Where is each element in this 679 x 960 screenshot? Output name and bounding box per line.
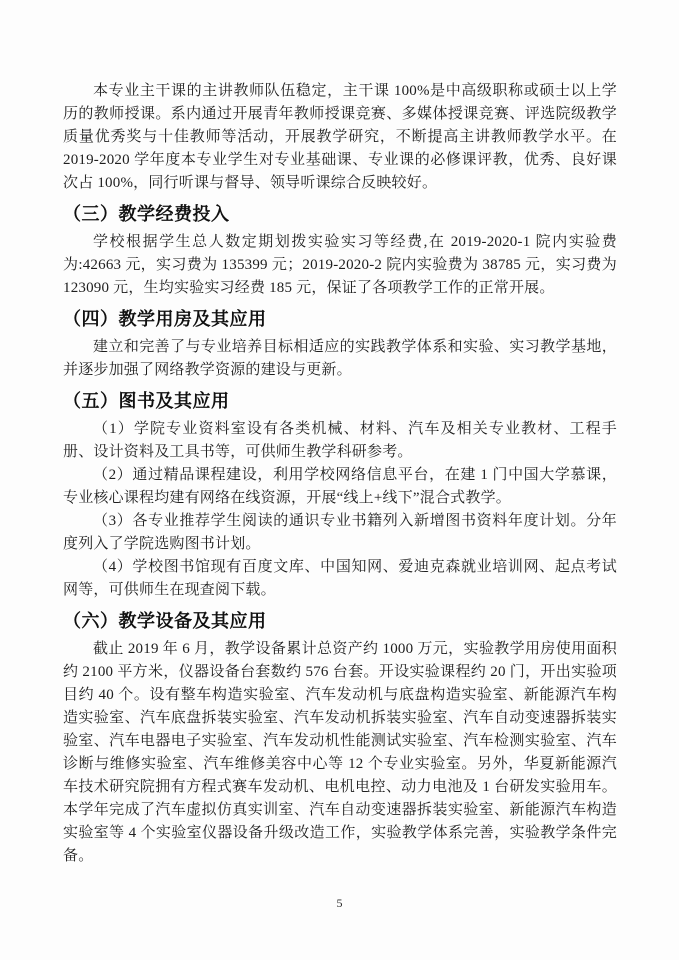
section-teaching-equipment-paragraph: 截止 2019 年 6 月，教学设备累计总资产约 1000 万元，实验教学用房使…: [63, 638, 617, 868]
page-footer: 5: [0, 894, 679, 912]
section-books-paragraph-2: （2）通过精品课程建设，利用学校网络信息平台，在建 1 门中国大学慕课，专业核心…: [63, 464, 617, 510]
page-number: 5: [337, 896, 343, 910]
section-heading-teaching-equipment: （六）教学设备及其应用: [63, 610, 617, 632]
section-books-paragraph-4: （4）学校图书馆现有百度文库、中国知网、爱迪克森就业培训网、起点考试网等，可供师…: [63, 556, 617, 602]
section-books-paragraph-3: （3）各专业推荐学生阅读的通识专业书籍列入新增图书资料年度计划。分年度列入了学院…: [63, 510, 617, 556]
section-books-paragraph-1: （1）学院专业资料室设有各类机械、材料、汽车及相关专业教材、工程手册、设计资料及…: [63, 418, 617, 464]
intro-paragraph: 本专业主干课的主讲教师队伍稳定，主干课 100%是中高级职称或硕士以上学历的教师…: [63, 80, 617, 195]
section-heading-books: （五）图书及其应用: [63, 390, 617, 412]
section-heading-teaching-rooms: （四）教学用房及其应用: [63, 308, 617, 330]
section-heading-teaching-funds: （三）教学经费投入: [63, 203, 617, 225]
section-teaching-rooms-paragraph: 建立和完善了与专业培养目标相适应的实践教学体系和实验、实习教学基地，并逐步加强了…: [63, 336, 617, 382]
section-teaching-funds-paragraph: 学校根据学生总人数定期划拨实验实习等经费,在 2019-2020-1 院内实验费…: [63, 231, 617, 300]
document-page: 本专业主干课的主讲教师队伍稳定，主干课 100%是中高级职称或硕士以上学历的教师…: [0, 0, 679, 960]
